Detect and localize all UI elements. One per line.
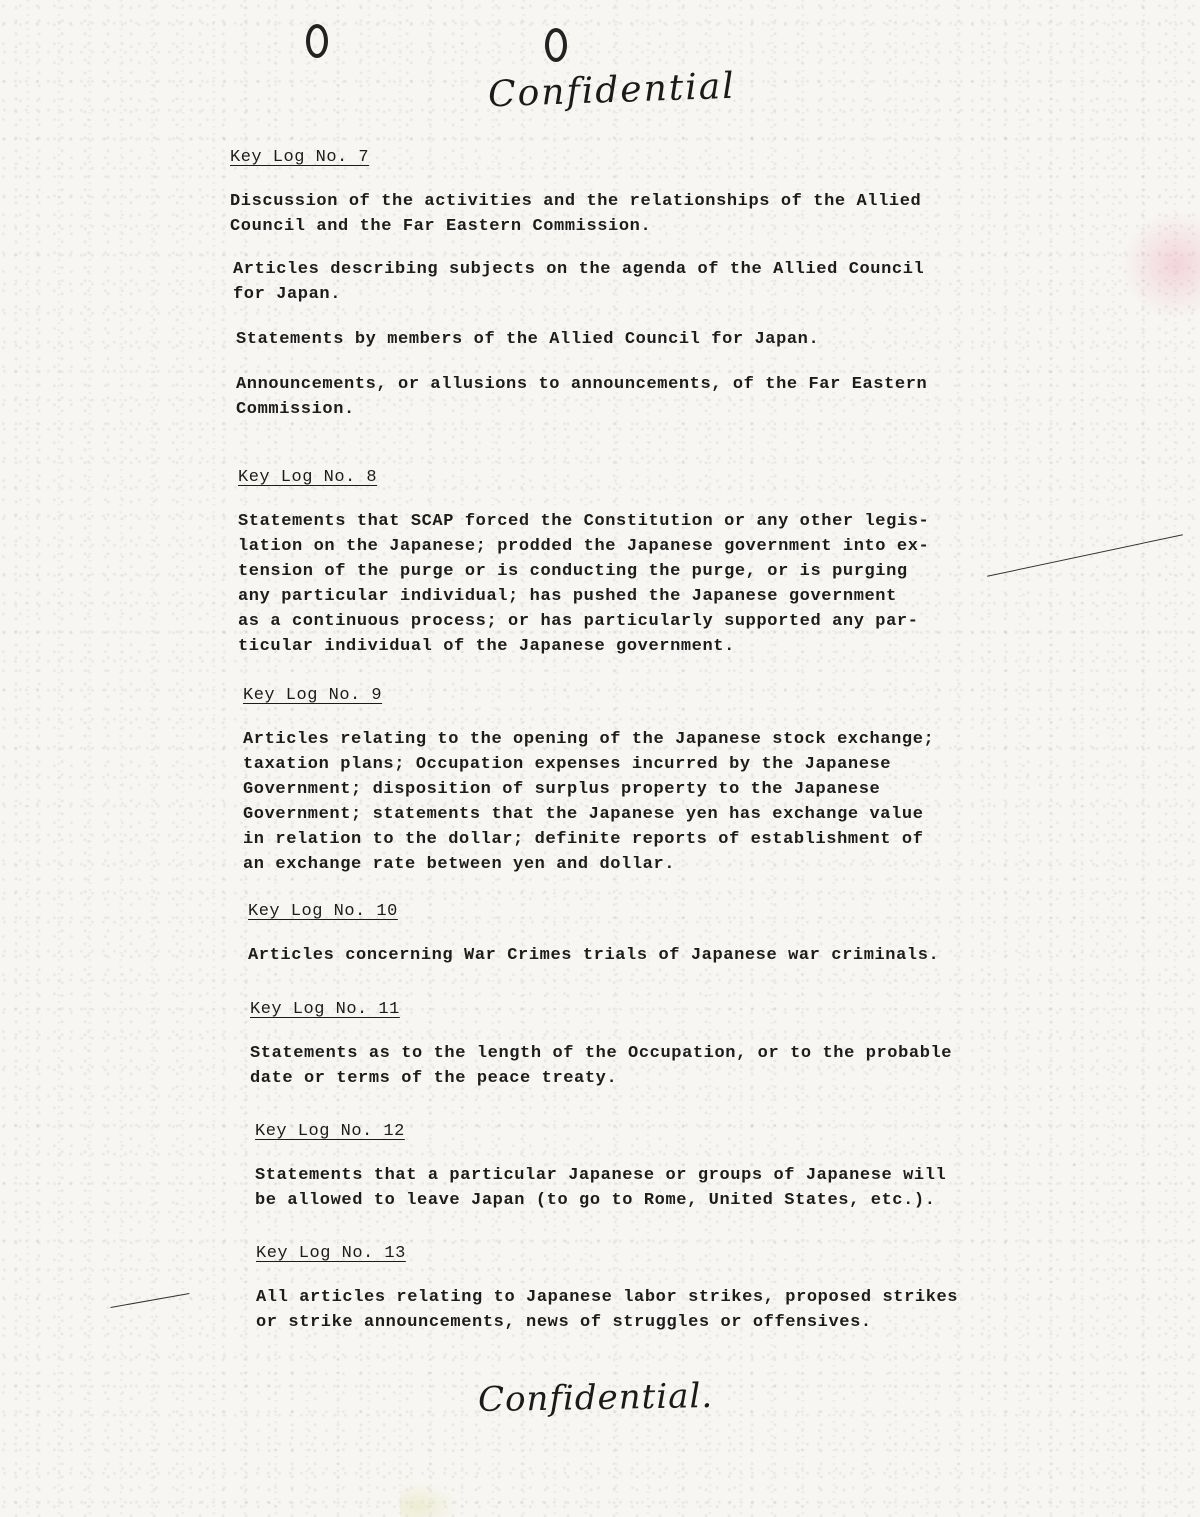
key-log-paragraph: Statements that SCAP forced the Constitu… xyxy=(238,509,929,659)
key-log-section-10: Key Log No. 10 Articles concerning War C… xyxy=(248,902,939,968)
paper-stain xyxy=(400,1482,460,1517)
key-log-paragraph: Statements by members of the Allied Coun… xyxy=(236,327,927,352)
key-log-paragraph: Articles concerning War Crimes trials of… xyxy=(248,943,939,968)
key-log-section-11: Key Log No. 11 Statements as to the leng… xyxy=(250,1000,952,1091)
key-log-section-12: Key Log No. 12 Statements that a particu… xyxy=(255,1122,946,1213)
key-log-paragraph: All articles relating to Japanese labor … xyxy=(256,1285,958,1335)
paper-stain xyxy=(1120,210,1200,320)
key-log-heading: Key Log No. 13 xyxy=(256,1244,958,1263)
key-log-heading: Key Log No. 12 xyxy=(255,1122,946,1141)
pencil-mark xyxy=(111,1293,190,1308)
binder-hole-icon xyxy=(306,24,328,58)
key-log-heading: Key Log No. 8 xyxy=(238,468,929,487)
key-log-paragraph: Articles relating to the opening of the … xyxy=(243,727,934,877)
key-log-heading: Key Log No. 9 xyxy=(243,686,934,705)
key-log-heading: Key Log No. 11 xyxy=(250,1000,952,1019)
key-log-section-13: Key Log No. 13 All articles relating to … xyxy=(256,1244,958,1335)
key-log-paragraph: Announcements, or allusions to announcem… xyxy=(236,372,927,422)
pencil-mark xyxy=(987,534,1183,577)
key-log-section-7: Key Log No. 7 Discussion of the activiti… xyxy=(230,148,927,422)
key-log-section-8: Key Log No. 8 Statements that SCAP force… xyxy=(238,468,929,659)
handwritten-confidential-footer: Confidential. xyxy=(478,1376,714,1420)
handwritten-confidential-header: Confidential xyxy=(487,66,736,116)
key-log-paragraph: Articles describing subjects on the agen… xyxy=(233,257,927,307)
key-log-paragraph: Statements as to the length of the Occup… xyxy=(250,1041,952,1091)
key-log-heading: Key Log No. 10 xyxy=(248,902,939,921)
key-log-section-9: Key Log No. 9 Articles relating to the o… xyxy=(243,686,934,877)
key-log-heading: Key Log No. 7 xyxy=(230,148,927,167)
key-log-paragraph: Discussion of the activities and the rel… xyxy=(230,189,927,239)
key-log-paragraph: Statements that a particular Japanese or… xyxy=(255,1163,946,1213)
document-page: Confidential Key Log No. 7 Discussion of… xyxy=(0,0,1200,1517)
binder-hole-icon xyxy=(545,28,567,62)
